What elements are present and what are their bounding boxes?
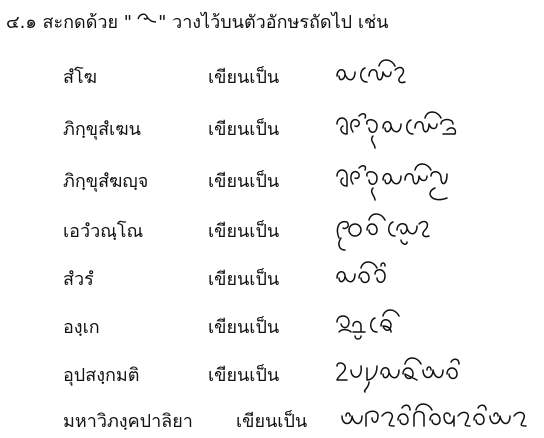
tai-tham-glyphs	[335, 208, 445, 257]
pali-word: ภิกฺขุสํเฆน	[63, 114, 141, 143]
pali-word: องฺเก	[63, 312, 100, 341]
example-row: สํโฆ เขียนเป็น	[0, 62, 544, 102]
pali-word: สํวรํ	[63, 264, 94, 293]
example-row: อุปสงฺกมติ เขียนเป็น	[0, 360, 544, 400]
tai-tham-glyphs	[335, 158, 465, 211]
tai-tham-glyphs	[335, 352, 475, 401]
written-as-label: เขียนเป็น	[236, 406, 307, 435]
written-as-label: เขียนเป็น	[208, 264, 279, 293]
pali-word: อุปสงฺกมติ	[63, 360, 139, 389]
pali-word: สํโฆ	[63, 62, 97, 91]
heading-prefix: ๔.๑ สะกดด้วย "	[6, 12, 132, 33]
example-row: เอวํวณฺโณ เขียนเป็น	[0, 216, 544, 256]
example-row: องฺเก เขียนเป็น	[0, 312, 544, 352]
example-row: ภิกฺขุสํฆญฺจ เขียนเป็น	[0, 166, 544, 206]
written-as-label: เขียนเป็น	[208, 114, 279, 143]
written-as-label: เขียนเป็น	[208, 166, 279, 195]
written-as-label: เขียนเป็น	[208, 312, 279, 341]
tai-tham-glyphs	[335, 54, 425, 95]
written-as-label: เขียนเป็น	[208, 62, 279, 91]
tai-tham-sign-icon	[132, 10, 158, 30]
pali-word: ภิกฺขุสํฆญฺจ	[63, 166, 148, 195]
tai-tham-glyphs	[335, 106, 465, 155]
tai-tham-glyphs	[335, 256, 415, 301]
pali-word: มหาวิภงฺคปาลิยา	[63, 406, 193, 435]
section-heading: ๔.๑ สะกดด้วย "" วางไว้บนตัวอักษรถัดไป เช…	[6, 7, 389, 36]
tai-tham-glyphs	[340, 398, 540, 438]
example-row: ภิกฺขุสํเฆน เขียนเป็น	[0, 114, 544, 154]
written-as-label: เขียนเป็น	[208, 360, 279, 389]
written-as-label: เขียนเป็น	[208, 216, 279, 245]
heading-suffix: " วางไว้บนตัวอักษรถัดไป เช่น	[158, 12, 388, 33]
tai-tham-glyphs	[335, 304, 415, 353]
pali-word: เอวํวณฺโณ	[63, 216, 143, 245]
example-row: มหาวิภงฺคปาลิยา เขียนเป็น	[0, 406, 544, 438]
example-row: สํวรํ เขียนเป็น	[0, 264, 544, 304]
